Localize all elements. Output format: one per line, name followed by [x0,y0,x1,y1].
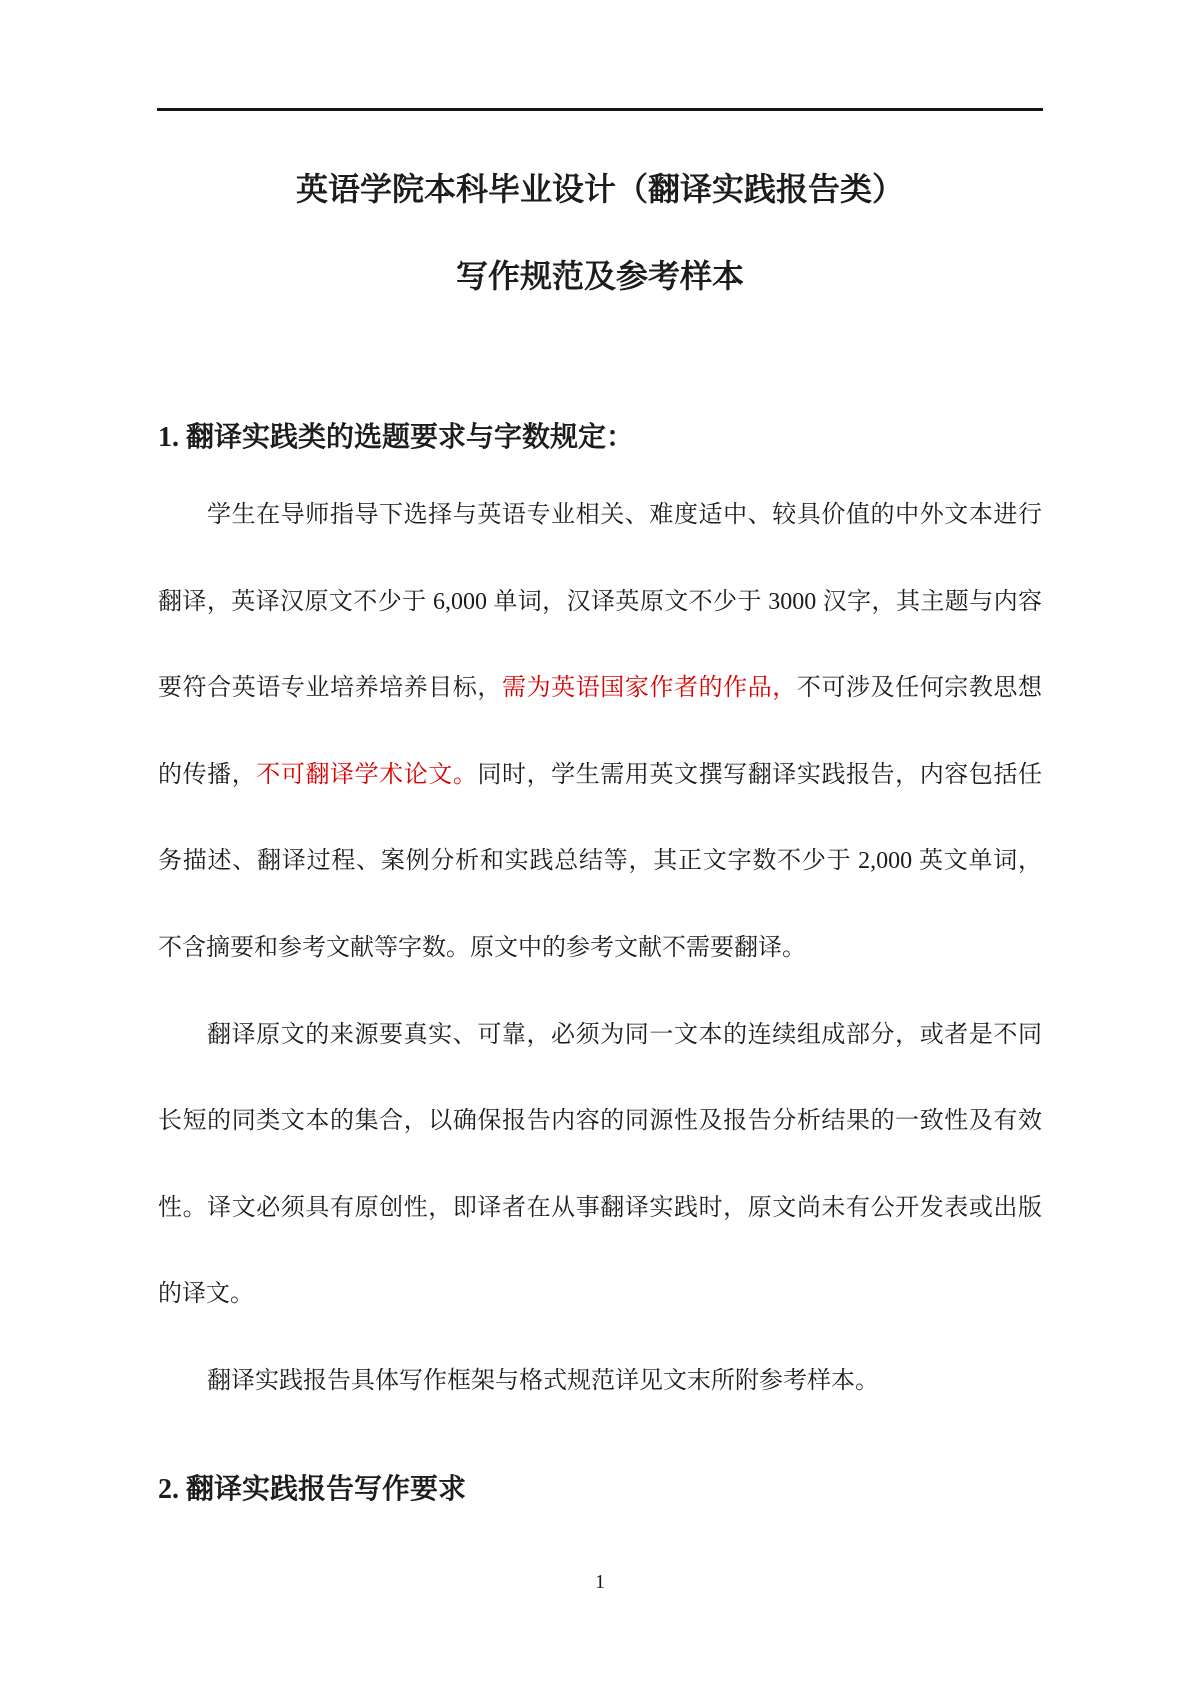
text-segment: 性。译文必须具有原创性，即译者在从事翻译实践时，原文尚未有公开发表或出版 [158,1195,1042,1221]
document-title-line1: 英语学院本科毕业设计（翻译实践报告类） [158,146,1042,233]
body-line: 翻译实践报告具体写作框架与格式规范详见文末所附参考样本。 [158,1338,1042,1425]
body-line: 要符合英语专业培养培养目标，需为英语国家作者的作品，不可涉及任何宗教思想 [158,645,1042,732]
text-segment: 要符合英语专业培养培养目标， [158,675,502,701]
page-number: 1 [0,1569,1200,1595]
document-title: 英语学院本科毕业设计（翻译实践报告类） 写作规范及参考样本 [158,146,1042,320]
header-divider [157,108,1043,111]
body-line: 的传播，不可翻译学术论文。同时，学生需用英文撰写翻译实践报告，内容包括任 [158,732,1042,819]
body-line: 的译文。 [158,1251,1042,1338]
text-segment: 翻译实践报告具体写作框架与格式规范详见文末所附参考样本。 [207,1368,879,1394]
text-segment: 学生在导师指导下选择与英语专业相关、难度适中、较具价值的中外文本进行 [207,502,1042,528]
document-page: 英语学院本科毕业设计（翻译实践报告类） 写作规范及参考样本 1. 翻译实践类的选… [0,0,1200,1698]
text-segment: 长短的同类文本的集合，以确保报告内容的同源性及报告分析结果的一致性及有效 [158,1108,1042,1134]
body-line: 性。译文必须具有原创性，即译者在从事翻译实践时，原文尚未有公开发表或出版 [158,1165,1042,1252]
text-segment: 不含摘要和参考文献等字数。原文中的参考文献不需要翻译。 [158,935,806,961]
text-segment: 的传播， [158,762,256,788]
document-body: 学生在导师指导下选择与英语专业相关、难度适中、较具价值的中外文本进行 翻译，英译… [158,472,1042,1425]
text-segment: 务描述、翻译过程、案例分析和实践总结等，其正文字数不少于 2,000 英文单词， [158,848,1042,874]
body-line: 翻译原文的来源要真实、可靠，必须为同一文本的连续组成部分，或者是不同 [158,992,1042,1079]
body-line: 学生在导师指导下选择与英语专业相关、难度适中、较具价值的中外文本进行 [158,472,1042,559]
document-title-line2: 写作规范及参考样本 [158,233,1042,320]
body-line: 不含摘要和参考文献等字数。原文中的参考文献不需要翻译。 [158,905,1042,992]
red-emphasis-text: 不可翻译学术论文。 [256,762,477,788]
body-line: 长短的同类文本的集合，以确保报告内容的同源性及报告分析结果的一致性及有效 [158,1078,1042,1165]
text-segment: 同时，学生需用英文撰写翻译实践报告，内容包括任 [477,762,1042,788]
section-2-heading: 2. 翻译实践报告写作要求 [158,1473,1042,1507]
text-segment: 的译文。 [158,1281,254,1307]
red-emphasis-text: 需为英语国家作者的作品， [502,675,797,701]
body-line: 务描述、翻译过程、案例分析和实践总结等，其正文字数不少于 2,000 英文单词， [158,818,1042,905]
text-segment: 翻译，英译汉原文不少于 6,000 单词，汉译英原文不少于 3000 汉字，其主… [158,589,1042,615]
text-segment: 不可涉及任何宗教思想 [797,675,1042,701]
text-segment: 翻译原文的来源要真实、可靠，必须为同一文本的连续组成部分，或者是不同 [207,1022,1042,1048]
section-1-heading: 1. 翻译实践类的选题要求与字数规定： [158,421,1042,455]
body-line: 翻译，英译汉原文不少于 6,000 单词，汉译英原文不少于 3000 汉字，其主… [158,559,1042,646]
